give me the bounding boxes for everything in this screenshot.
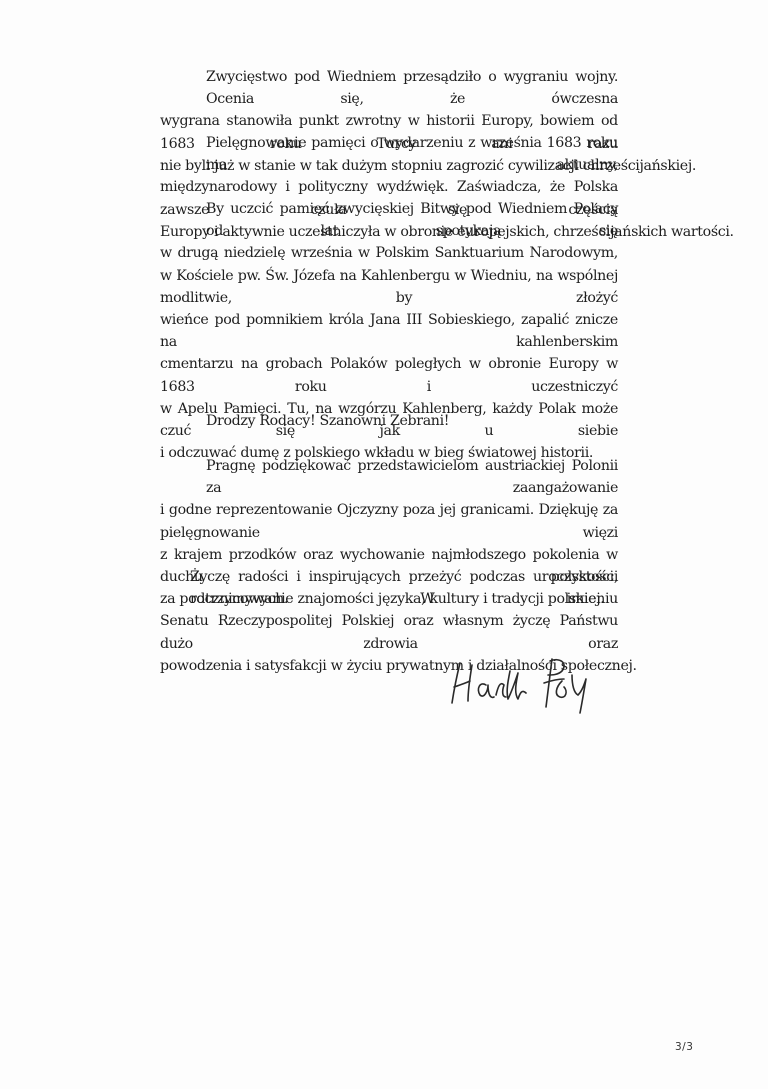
text-line: Pragnę podziękować przedstawicielom aust… [160, 455, 618, 499]
greeting: Drodzy Rodacy! Szanowni Zebrani! [206, 410, 664, 432]
text-line: w drugą niedzielę września w Polskim San… [160, 242, 618, 264]
document-page: Zwycięstwo pod Wiedniem przesądziło o wy… [0, 0, 768, 1089]
text-line: w Kościele pw. Św. Józefa na Kahlenbergu… [160, 265, 618, 309]
text-line: Pielęgnowanie pamięci o wydarzeniu z wrz… [160, 132, 618, 176]
text-line: Zwycięstwo pod Wiedniem przesądziło o wy… [160, 66, 618, 110]
text-line: cmentarzu na grobach Polaków poległych w… [160, 353, 618, 397]
text-line: wieńce pod pomnikiem króla Jana III Sobi… [160, 309, 618, 353]
text-line: i godne reprezentowanie Ojczyzny poza je… [160, 499, 618, 543]
text-line: By uczcić pamięć zwycięskiej Bitwy pod W… [160, 198, 618, 242]
text-line: Życzę radości i inspirujących przeżyć po… [160, 566, 618, 610]
page-number: 3/3 [675, 1041, 693, 1053]
signature-icon [430, 645, 610, 720]
